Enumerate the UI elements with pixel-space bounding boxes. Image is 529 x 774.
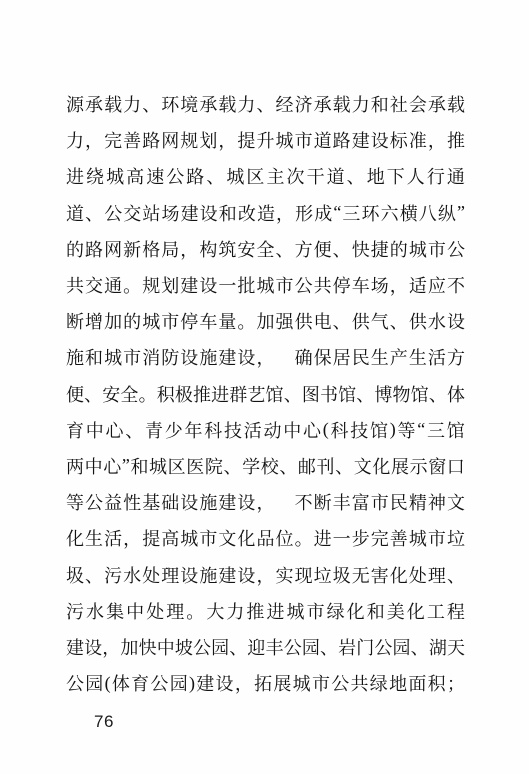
text-line: 道、公交站场建设和改造，形成“三环六横八纵” <box>66 195 465 231</box>
text-line: 等公益性基础设施建设， 不断丰富市民精神文 <box>66 484 465 520</box>
book-page: 源承载力、环境承载力、经济承载力和社会承载力，完善路网规划，提升城市道路建设标准… <box>0 0 529 774</box>
text-line: 的路网新格局，构筑安全、方便、快捷的城市公 <box>66 231 465 267</box>
text-line: 进绕城高速公路、城区主次干道、地下人行通 <box>66 158 465 194</box>
text-line: 两中心”和城区医院、学校、邮刊、文化展示窗口 <box>66 448 465 484</box>
text-line: 圾、污水处理设施建设，实现垃圾无害化处理、 <box>66 556 465 592</box>
text-line: 施和城市消防设施建设， 确保居民生产生活方 <box>66 339 465 375</box>
text-line: 便、安全。积极推进群艺馆、图书馆、博物馆、体 <box>66 376 465 412</box>
page-number: 76 <box>94 712 114 732</box>
text-line: 断增加的城市停车量。加强供电、供气、供水设 <box>66 303 465 339</box>
text-line: 源承载力、环境承载力、经济承载力和社会承载 <box>66 86 465 122</box>
text-line: 化生活，提高城市文化品位。进一步完善城市垃 <box>66 520 465 556</box>
text-line: 力，完善路网规划，提升城市道路建设标准，推 <box>66 122 465 158</box>
text-line: 育中心、青少年科技活动中心(科技馆)等“三馆 <box>66 412 465 448</box>
body-paragraph: 源承载力、环境承载力、经济承载力和社会承载力，完善路网规划，提升城市道路建设标准… <box>66 86 465 701</box>
text-line: 建设，加快中坡公园、迎丰公园、岩门公园、湖天 <box>66 629 465 665</box>
text-line: 共交通。规划建设一批城市公共停车场，适应不 <box>66 267 465 303</box>
text-line: 污水集中处理。大力推进城市绿化和美化工程 <box>66 593 465 629</box>
text-line: 公园(体育公园)建设，拓展城市公共绿地面积； <box>66 665 465 701</box>
